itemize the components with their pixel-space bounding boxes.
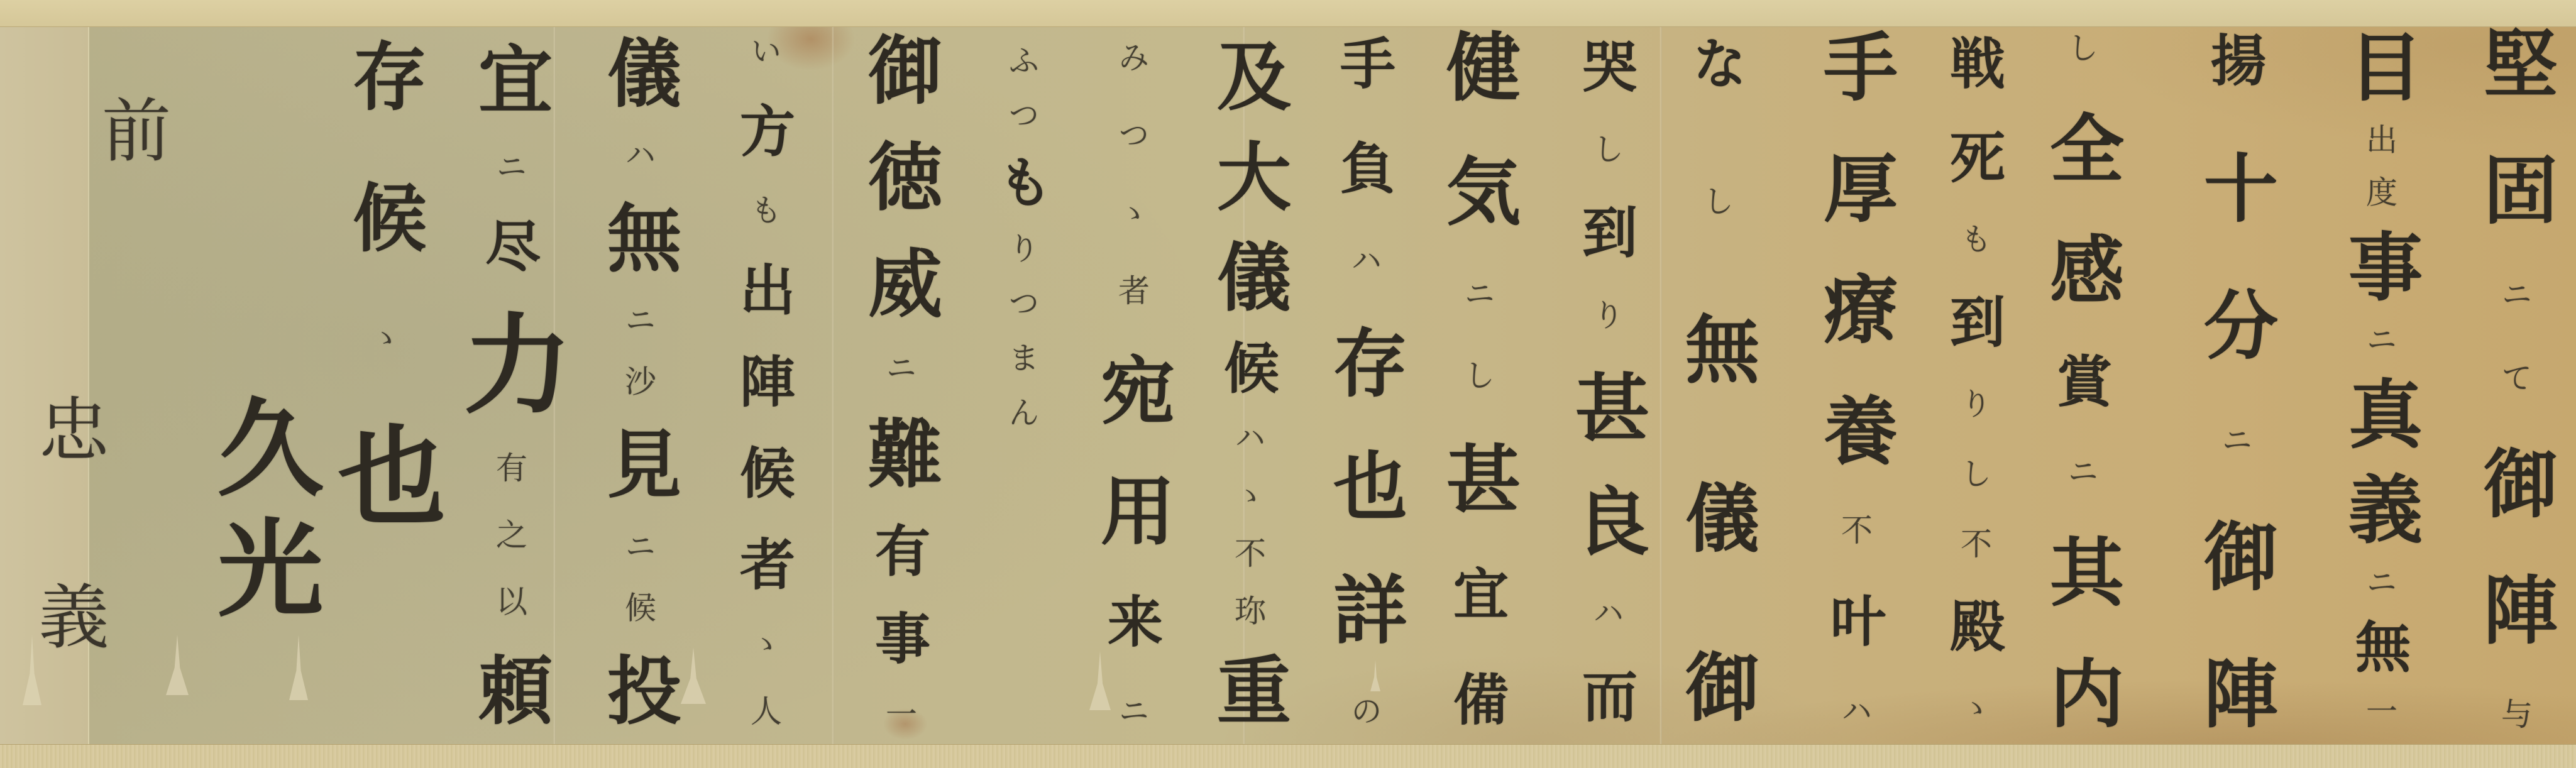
glyph-group: 殿 [1941,597,2006,691]
glyph-group: 到 [1573,204,1639,299]
glyph-group: り [1588,299,1624,370]
glyph-group: 存也詳 [1321,324,1408,694]
glyph-group: ハ [620,138,656,199]
glyph-group: ニし [1459,277,1495,441]
addressee-text: 忠義 [27,393,109,650]
signature: 久光 [200,393,326,619]
glyph-group: 尽 [476,217,542,308]
text-column-6: 手厚療養不叶ハ [1792,28,1917,726]
date-mark-text: 前 [91,94,171,163]
glyph-group: ニ [2062,455,2099,534]
glyph-group: も [746,194,782,261]
glyph-group: 候者 [731,444,796,627]
glyph-group: 見 [595,425,682,529]
glyph-group: ニ候 [620,530,656,652]
glyph-group: 手厚療養 [1811,28,1898,513]
glyph-group: ハ [1588,596,1624,667]
glyph-group: ゝ [746,627,782,695]
glyph-group: ニ [2216,424,2253,518]
glyph-group: 御陣 [2471,445,2558,698]
glyph-group: 手負 [1331,35,1397,244]
glyph-group: 御陣 [2191,518,2279,729]
glyph-group: 一 [2361,694,2397,726]
glyph-group: 力 [446,308,573,451]
glyph-group: 十分 [2191,150,2279,424]
glyph-group: 甚良 [1563,369,1650,596]
glyph-group: 投 [595,652,682,726]
glyph-group: 一 [881,698,917,729]
glyph-group: ハ [1836,694,1873,726]
glyph-group: 御徳威 [856,31,943,351]
glyph-group: 到 [1941,293,2006,387]
glyph-group: 方 [731,102,796,194]
glyph-group: 真義 [2336,376,2423,566]
glyph-group: 健気 [1434,28,1521,277]
glyph-group: 堅 [2471,25,2558,151]
text-column-7: なし無儀御 [1653,35,1779,723]
glyph-group: し [2062,31,2099,110]
glyph-group: 宜 [466,41,553,150]
glyph-group: 有之以 [491,451,527,652]
glyph-group: ニ [2361,323,2397,375]
glyph-group: 叶 [1822,592,1887,694]
glyph-group: 頼 [466,652,553,726]
glyph-group: 固 [2471,151,2558,278]
glyph-group: ふつ [1003,44,1040,153]
glyph-group: 有事 [866,522,932,698]
glyph-group: ニ [2361,566,2397,618]
glyph-group: ゝ [365,321,402,420]
text-column-18: 存候ゝ也 [321,38,446,528]
glyph-group: 揚 [2202,31,2267,150]
glyph-group: ハ [1346,244,1382,324]
paper-fold-line [832,26,834,744]
glyph-group: みつゝ者 [1113,41,1150,352]
glyph-group: し [1588,133,1624,204]
text-column-11: 及大儀候ハゝ不珎重 [1185,38,1311,726]
bottom-mounting-band [0,744,2576,768]
glyph-group: 其内 [2037,534,2125,729]
text-column-1: 堅固ニて御陣与 [2452,25,2576,729]
glyph-group: 不 [1836,513,1873,592]
glyph-group: ニ [881,351,917,415]
text-column-17: 宜ニ尽力有之以頼 [446,41,572,726]
text-column-2: 目出度事ニ真義ニ無一 [2316,28,2442,726]
date-mark: 前 [68,94,194,207]
glyph-group: 無儀 [1673,311,1760,649]
glyph-group: 重 [1204,652,1292,726]
text-column-10: 手負ハ存也詳の [1301,35,1427,726]
text-column-16: 儀ハ無ニ沙見ニ候投 [575,35,701,726]
glyph-group: も [989,153,1054,232]
glyph-group: 出陣 [731,261,796,444]
glyph-group: 目 [2336,28,2423,123]
glyph-group: 人 [746,694,782,726]
glyph-group: い [746,35,782,102]
glyph-group: ニ [491,150,527,217]
glyph-group: 戦死 [1941,35,2006,222]
glyph-group: 与 [2496,698,2533,729]
glyph-group: 来 [1099,593,1164,694]
glyph-group: 存候 [340,38,427,321]
text-column-15: い方も出陣候者ゝ人 [701,35,827,726]
calligraphy-scroll: 堅固ニて御陣与 目出度事ニ真義ニ無一 揚十分ニ御陣 し全感賞ニ其内 戦死も到りし… [0,0,2576,768]
glyph-group: 事 [2336,228,2423,323]
glyph-group: ニて [2496,278,2533,445]
text-column-5: 戦死も到りし不殿ゝ [1911,35,2037,723]
glyph-group: 賞 [2048,353,2113,455]
glyph-group: 全感 [2037,110,2125,353]
text-column-14: 御徳威ニ難有事一 [836,31,962,729]
text-column-8: 哭し到り甚良ハ而 [1543,38,1669,723]
glyph-group: 也 [320,420,448,528]
glyph-group: 御 [1673,649,1760,723]
glyph-group: りし [1956,387,1992,527]
glyph-group: 儀 [595,35,682,138]
glyph-group: 無 [595,200,682,304]
top-mounting-band [0,0,2576,27]
glyph-group: 候 [1215,339,1280,421]
glyph-group: の [1346,694,1382,726]
glyph-group: ハゝ不珎 [1230,421,1266,652]
glyph-group: ニ [1113,694,1150,726]
glyph-group: りつまん [1003,232,1040,427]
glyph-group: 宜備 [1445,565,1510,726]
glyph-group: 而 [1573,667,1639,723]
text-column-4: し全感賞ニ其内 [2018,31,2144,729]
glyph-group: 宛用 [1088,352,1175,593]
glyph-group: し [1698,185,1734,311]
glyph-group: な [1683,35,1749,185]
signature-text: 久光 [201,393,325,619]
glyph-group: 出度 [2361,123,2397,228]
glyph-group: 難 [856,415,943,522]
glyph-group: 哭 [1573,38,1639,133]
glyph-group: 及大儀 [1204,38,1292,339]
text-column-12: みつゝ者宛用来ニ [1069,41,1194,726]
glyph-group: 甚 [1434,441,1521,565]
addressee: 忠義 [5,393,131,650]
glyph-group: も [1956,222,1992,293]
text-column-9: 健気ニし甚宜備 [1414,28,1540,726]
glyph-group: ニ沙 [620,304,656,426]
glyph-group: ゝ [1956,691,1992,723]
text-column-13: ふつもりつまん [959,44,1084,427]
text-column-3: 揚十分ニ御陣 [2172,31,2298,729]
glyph-group: 不 [1956,527,1992,598]
glyph-group: 無 [2347,618,2412,694]
